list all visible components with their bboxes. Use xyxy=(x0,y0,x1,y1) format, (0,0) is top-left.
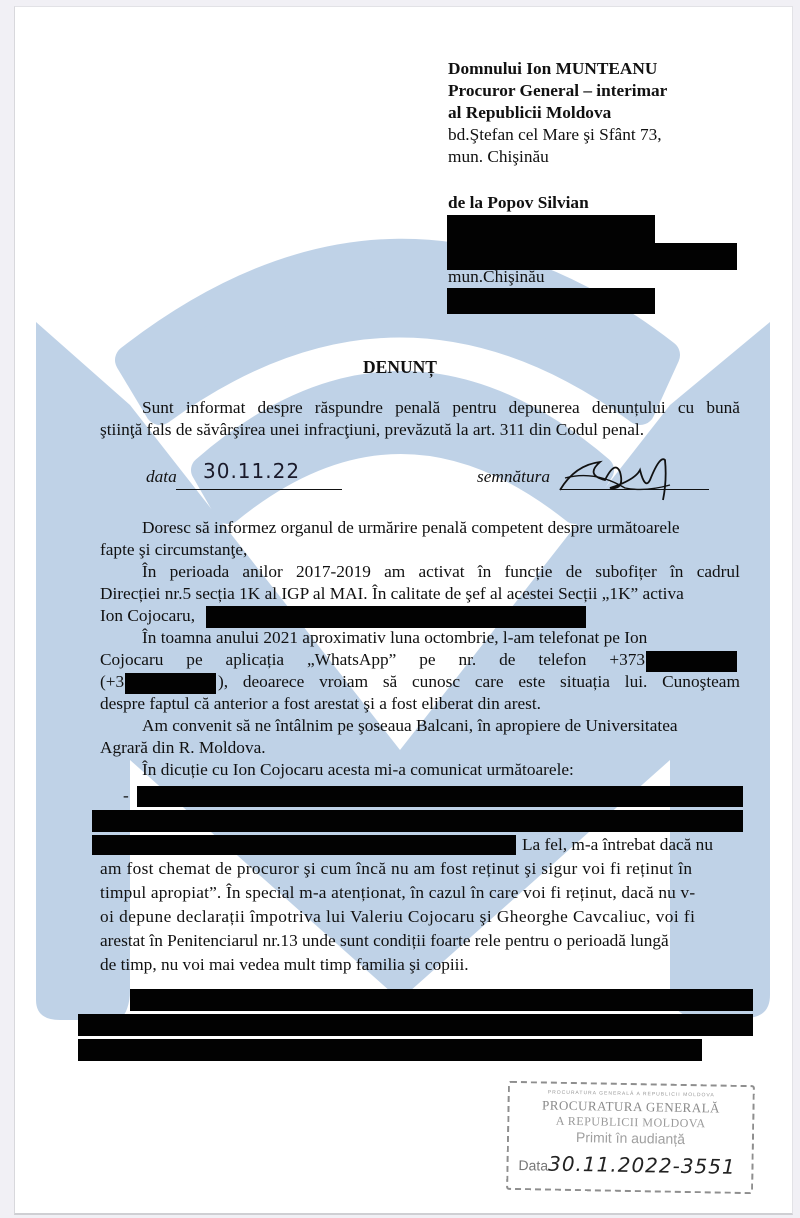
word: Cunoşteam xyxy=(662,671,740,693)
stamp-date-label: Data xyxy=(518,1157,548,1174)
word: situația xyxy=(560,671,610,693)
word: perioada xyxy=(170,561,230,583)
redacted-block xyxy=(78,1014,753,1036)
sender-city: mun.Chişinău xyxy=(448,266,545,288)
word: cu xyxy=(678,397,694,419)
word: de xyxy=(566,561,582,583)
word: bună xyxy=(706,397,740,419)
word: Sunt xyxy=(142,397,174,419)
bullet-dash: - xyxy=(123,785,129,807)
stamp-date-handwritten: 30.11.2022-3551 xyxy=(548,1152,736,1179)
word: informat xyxy=(186,397,246,419)
body-p4-line1: Am convenit să ne întâlnim pe şoseaua Ba… xyxy=(142,715,678,737)
word: funcție xyxy=(505,561,553,583)
word: 2017-2019 xyxy=(296,561,371,583)
word: este xyxy=(518,671,545,693)
word: de xyxy=(499,649,515,671)
redacted-block xyxy=(447,215,655,245)
body-p6-line3: La fel, m-a întrebat dacă nu xyxy=(522,834,713,856)
word: deoarece xyxy=(243,671,304,693)
word: anilor xyxy=(242,561,282,583)
redacted-block xyxy=(137,786,743,807)
body-p3-line2: Cojocarupeaplicația„WhatsApp”penr.detele… xyxy=(100,649,645,671)
word: subofițer xyxy=(595,561,656,583)
warning-line-1: Suntinformatdesprerăspundrepenalăpentrud… xyxy=(142,397,740,419)
warning-line-2: ştiinţă fals de săvârşirea unei infracţi… xyxy=(100,419,644,441)
word: Cojocaru xyxy=(100,649,163,671)
body-p4-line2: Agrară din R. Moldova. xyxy=(100,737,266,759)
redacted-block xyxy=(78,1039,702,1061)
redacted-block xyxy=(92,835,516,855)
word: care xyxy=(475,671,504,693)
word: În xyxy=(142,561,156,583)
word: penală xyxy=(395,397,440,419)
word: ), xyxy=(218,671,228,693)
body-p6-line8: de timp, nu voi mai vedea mult timp fami… xyxy=(100,954,469,976)
word: pe xyxy=(186,649,202,671)
word: nr. xyxy=(458,649,476,671)
recipient-country: al Republicii Moldova xyxy=(448,102,611,124)
word: pentru xyxy=(452,397,496,419)
redacted-phone xyxy=(646,651,737,672)
word: +373 xyxy=(609,649,645,671)
redacted-block xyxy=(130,989,753,1011)
stamp-date: Data30.11.2022-3551 xyxy=(518,1151,736,1179)
word: în xyxy=(670,561,683,583)
word: să xyxy=(383,671,397,693)
body-p2-line1: Înperioadaanilor2017-2019amactivatînfunc… xyxy=(142,561,740,583)
body-p6-line5: timpul apropiat”. În special m-a atențio… xyxy=(100,882,695,904)
word: pe xyxy=(419,649,435,671)
word: telefon xyxy=(538,649,586,671)
word: depunerea xyxy=(509,397,580,419)
body-p3-line4: despre faptul că anterior a fost arestat… xyxy=(100,693,541,715)
date-underline xyxy=(176,489,342,490)
redacted-block xyxy=(92,810,743,832)
body-p6-line4: am fost chemat de procuror şi cum încă n… xyxy=(100,858,692,880)
recipient-address: bd.Ştefan cel Mare şi Sfânt 73, xyxy=(448,124,662,146)
date-handwritten: 30.11.22 xyxy=(203,459,300,483)
word: cadrul xyxy=(697,561,740,583)
stamp-line-3: Primit în audianță xyxy=(509,1128,752,1148)
redacted-block xyxy=(447,288,655,314)
body-p1-line2: fapte şi circumstanţe, xyxy=(100,539,247,561)
recipient-city: mun. Chişinău xyxy=(448,146,549,168)
word: „WhatsApp” xyxy=(307,649,396,671)
word: lui. xyxy=(625,671,648,693)
body-p6-line7: arestat în Penitenciarul nr.13 unde sunt… xyxy=(100,930,669,952)
word: în xyxy=(478,561,491,583)
redacted-phone xyxy=(125,673,216,694)
body-p3-line3a: (+3 xyxy=(100,671,124,693)
body-p1-line1: Doresc să informez organul de urmărire p… xyxy=(142,517,680,539)
word: vroiam xyxy=(319,671,368,693)
word: denunțului xyxy=(592,397,666,419)
signature-scribble-icon xyxy=(555,450,685,505)
word: activat xyxy=(418,561,464,583)
body-p2-line2: Direcției nr.5 secția 1K al IGP al MAI. … xyxy=(100,583,684,605)
body-p2-line3: Ion Cojocaru, xyxy=(100,605,195,627)
redacted-block xyxy=(206,606,586,628)
recipient-name: Domnului Ion MUNTEANU xyxy=(448,58,657,80)
word: cunosc xyxy=(412,671,460,693)
word: răspundre xyxy=(315,397,383,419)
body-p3-line1: În toamna anului 2021 aproximativ luna o… xyxy=(142,627,647,649)
body-p6-line6: oi depune declarații împotriva lui Valer… xyxy=(100,906,695,928)
recipient-title: Procuror General – interimar xyxy=(448,80,667,102)
sender-name: de la Popov Silvian xyxy=(448,192,589,214)
registration-stamp: PROCURATURA GENERALĂ A REPUBLICII MOLDOV… xyxy=(506,1081,755,1194)
body-p3-line3b: ),deoarecevroiamsăcunosccareestesituația… xyxy=(218,671,740,693)
word: am xyxy=(384,561,405,583)
word: despre xyxy=(258,397,303,419)
document-title: DENUNȚ xyxy=(0,357,800,378)
signature-label: semnătura xyxy=(477,466,550,488)
date-label: data xyxy=(146,466,177,488)
body-p5-line1: În dicuție cu Ion Cojocaru acesta mi-a c… xyxy=(142,759,574,781)
word: aplicația xyxy=(226,649,285,671)
